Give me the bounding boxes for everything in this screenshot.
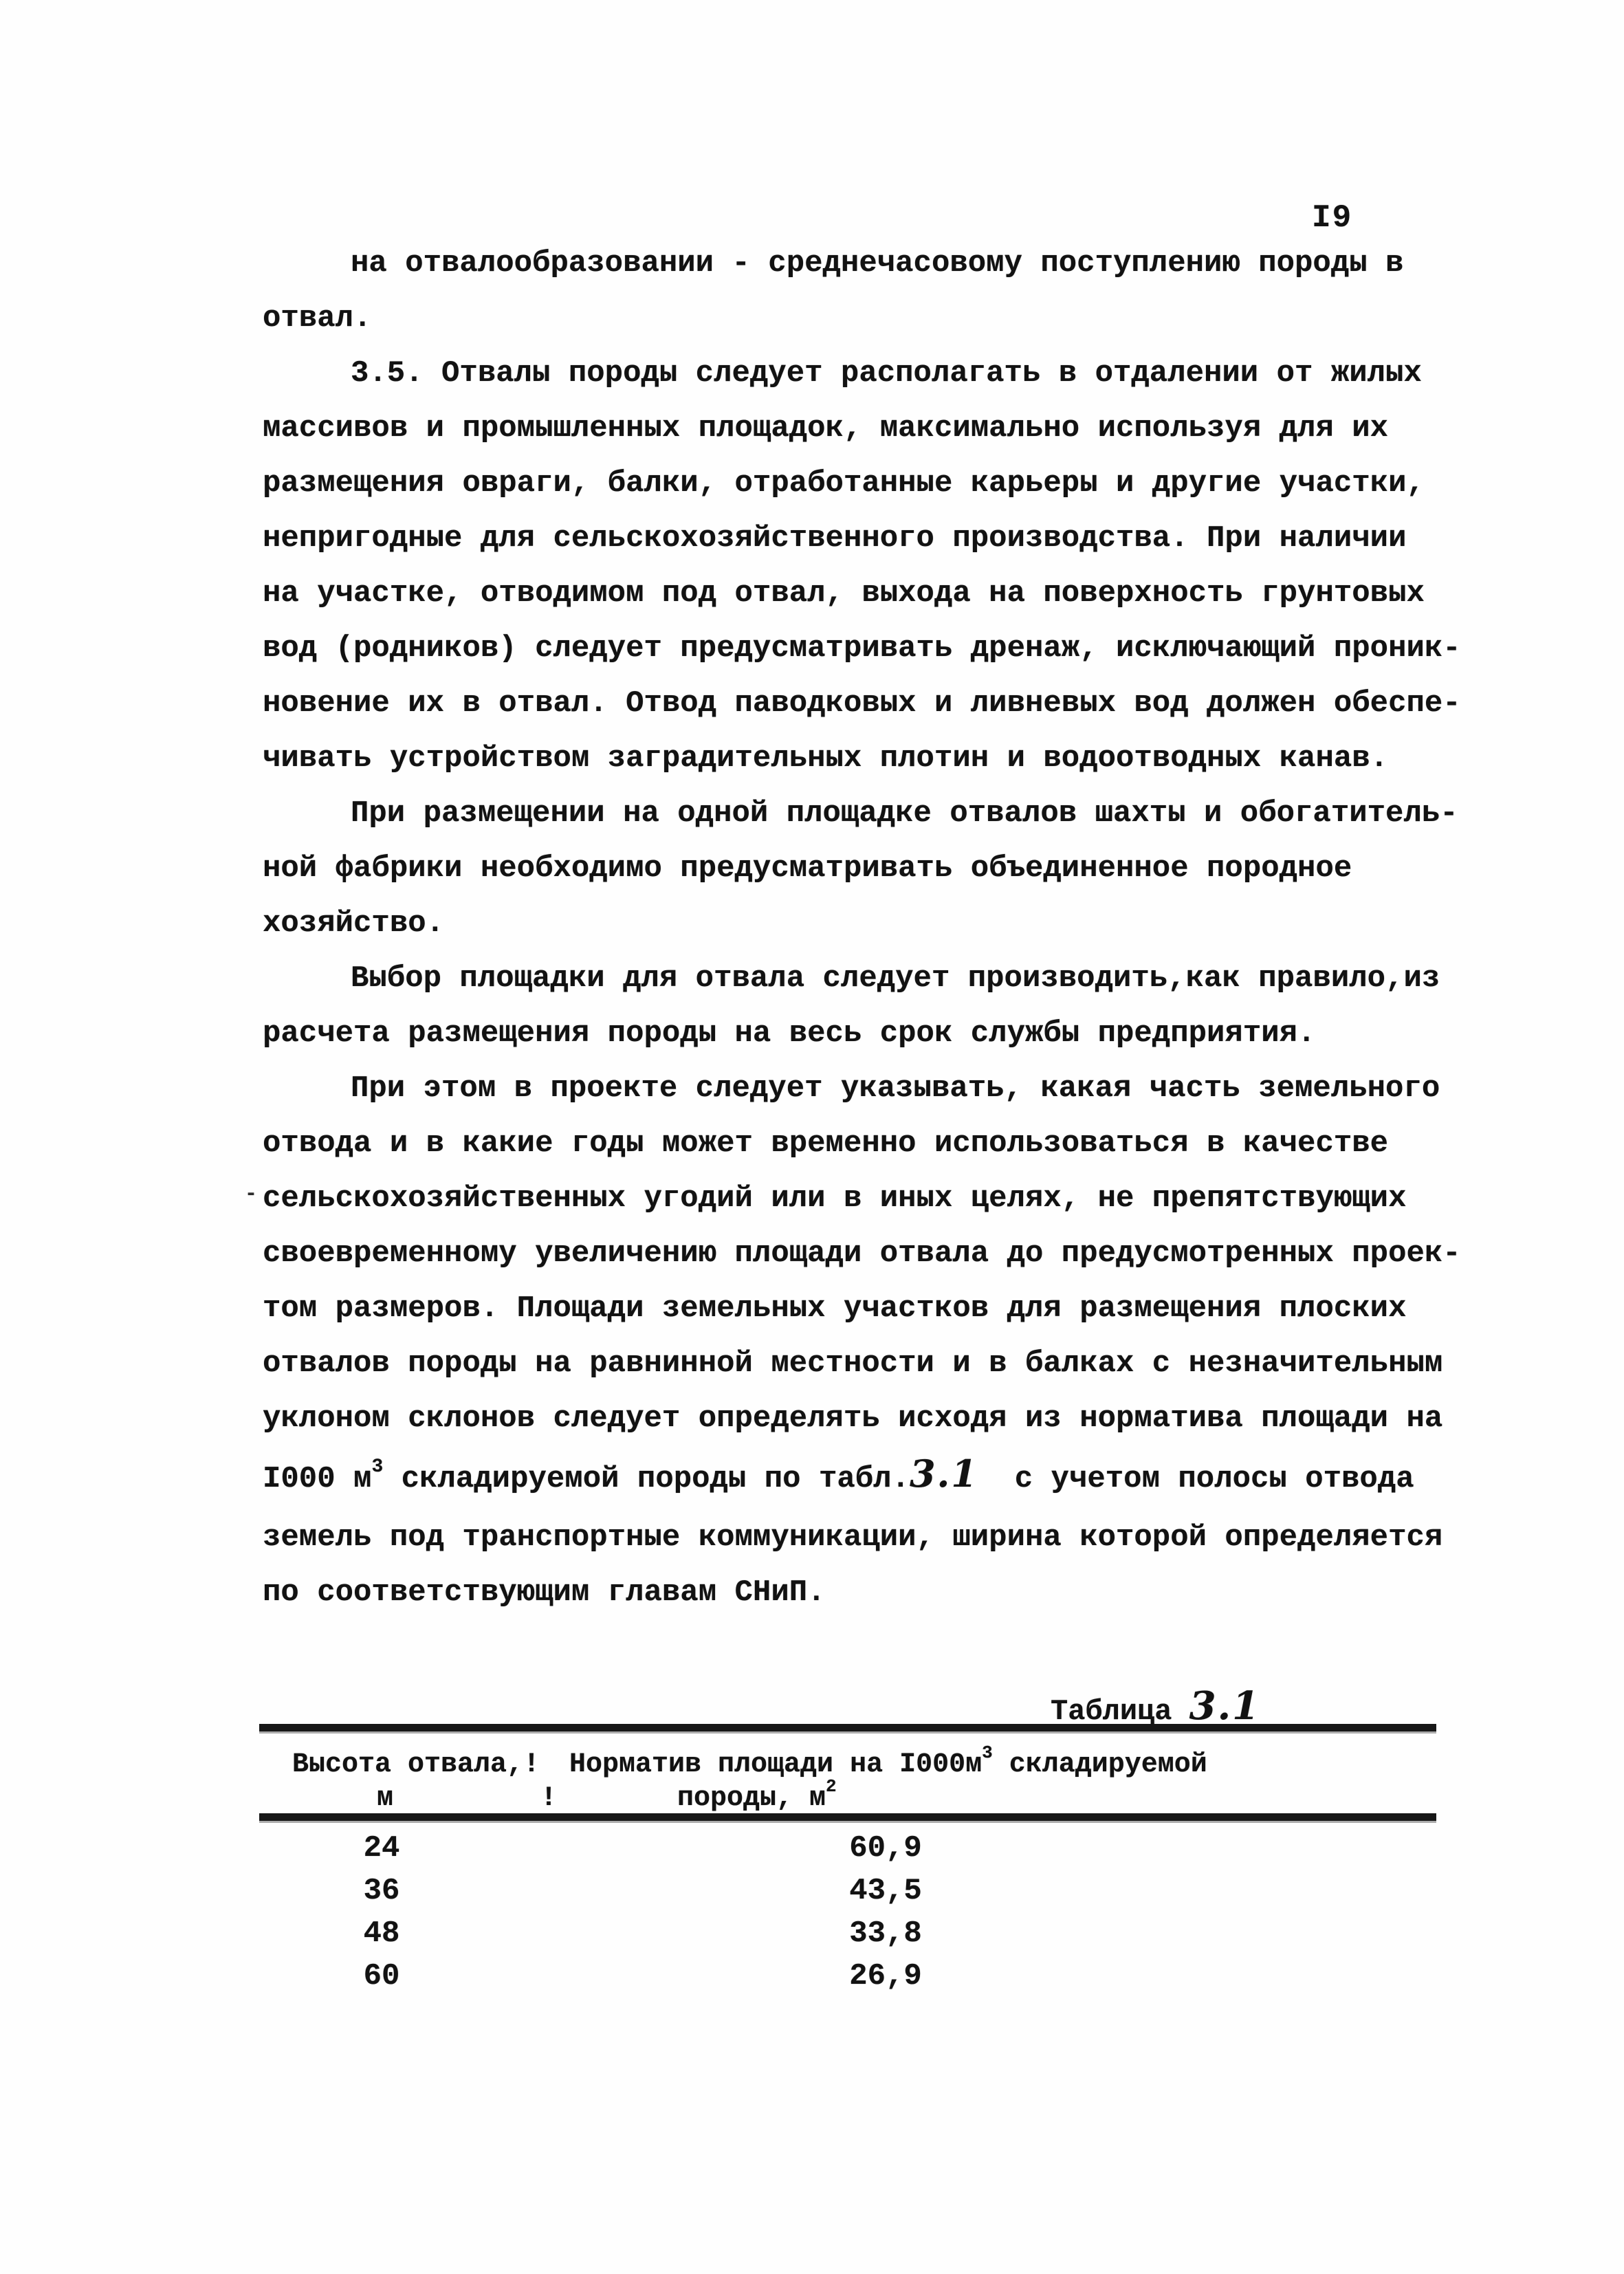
table-body: 24 60,9 36 43,5 48 33,8 60 26,9 xyxy=(259,1827,1436,1998)
body-line: по соответствующим главам СНиП. xyxy=(263,1565,1473,1620)
volume-value: I000 м xyxy=(263,1462,371,1496)
table-header-col2-text: складируемой xyxy=(993,1749,1207,1780)
area-norm-cell: 43,5 xyxy=(825,1870,946,1912)
dump-height-cell: 48 xyxy=(339,1912,424,1955)
superscript-3: 3 xyxy=(982,1742,993,1763)
stray-ink-mark: - xyxy=(245,1184,257,1205)
handwritten-table-ref: 3.1 xyxy=(910,1452,978,1496)
body-line: ной фабрики необходимо предусматривать о… xyxy=(263,841,1473,896)
table-top-rule xyxy=(259,1724,1436,1731)
table-header-col1: Высота отвала,! xyxy=(292,1749,540,1782)
body-line: земель под транспортные коммуникации, ши… xyxy=(263,1510,1473,1565)
area-norm-cell: 26,9 xyxy=(825,1955,946,1998)
page-number: I9 xyxy=(1312,200,1352,236)
body-line: том размеров. Площади земельных участков… xyxy=(263,1281,1473,1336)
table-header-rule xyxy=(259,1813,1436,1821)
body-line: уклоном склонов следует определять исход… xyxy=(263,1391,1473,1446)
superscript-2: 2 xyxy=(826,1776,837,1797)
table-caption-typed: Таблица xyxy=(1051,1695,1189,1728)
handwritten-table-number: 3.1 xyxy=(1189,1683,1260,1729)
body-line: При этом в проекте следует указывать, ка… xyxy=(263,1061,1473,1116)
body-line: непригодные для сельскохозяйственного пр… xyxy=(263,511,1473,566)
body-line: Выбор площадки для отвала следует произв… xyxy=(263,951,1473,1006)
table-row: 48 33,8 xyxy=(259,1912,1436,1955)
body-line: новение их в отвал. Отвод паводковых и л… xyxy=(263,676,1473,731)
area-norm-cell: 33,8 xyxy=(825,1912,946,1955)
body-line: хозяйство. xyxy=(263,896,1473,951)
body-line: 3.5. Отвалы породы следует располагать в… xyxy=(263,346,1473,401)
body-line-fragment: с учетом полосы отвода xyxy=(978,1462,1414,1496)
body-line: размещения овраги, балки, отработанные к… xyxy=(263,456,1473,511)
body-line: сельскохозяйственных угодий или в иных ц… xyxy=(263,1171,1473,1226)
table-header-col1-unit: м xyxy=(377,1782,393,1815)
body-line: своевременному увеличению площади отвала… xyxy=(263,1226,1473,1281)
table-header-col2-text: Норматив площади на I000м xyxy=(569,1749,982,1780)
body-line: расчета размещения породы на весь срок с… xyxy=(263,1006,1473,1061)
body-line: на участке, отводимом под отвал, выхода … xyxy=(263,566,1473,621)
dump-height-cell: 36 xyxy=(339,1870,424,1912)
area-norm-cell: 60,9 xyxy=(825,1827,946,1870)
document-page: I9 на отвалообразовании - среднечасовому… xyxy=(0,0,1624,2274)
body-text: на отвалообразовании - среднечасовому по… xyxy=(263,236,1473,1620)
body-line: При размещении на одной площадке отвалов… xyxy=(263,786,1473,841)
body-line-fragment: складируемой породы по табл. xyxy=(383,1462,910,1496)
table-row: 60 26,9 xyxy=(259,1955,1436,1998)
table-header-col2: Норматив площади на I000м3 складируемой xyxy=(569,1749,1207,1783)
dump-height-cell: 60 xyxy=(339,1955,424,1998)
body-line: вод (родников) следует предусматривать д… xyxy=(263,621,1473,676)
body-line: чивать устройством заградительных плотин… xyxy=(263,731,1473,786)
superscript-3: 3 xyxy=(371,1456,383,1478)
table-caption: Таблица 3.1 xyxy=(1051,1683,1260,1729)
dump-height-cell: 24 xyxy=(339,1827,424,1870)
table-row: 36 43,5 xyxy=(259,1870,1436,1912)
table-header-col2-unit: породы, м2 xyxy=(677,1782,837,1817)
body-line: отвал. xyxy=(263,291,1473,346)
table-column-separator: ! xyxy=(540,1782,557,1815)
body-line: на отвалообразовании - среднечасовому по… xyxy=(263,236,1473,291)
body-line-with-superscript: I000 м3 складируемой породы по табл.3.1 … xyxy=(263,1446,1473,1510)
table-header-col2-unit-text: породы, м xyxy=(677,1783,826,1814)
body-line: отвода и в какие годы может временно исп… xyxy=(263,1116,1473,1171)
body-line: отвалов породы на равнинной местности и … xyxy=(263,1336,1473,1391)
table-row: 24 60,9 xyxy=(259,1827,1436,1870)
body-line: массивов и промышленных площадок, максим… xyxy=(263,401,1473,456)
